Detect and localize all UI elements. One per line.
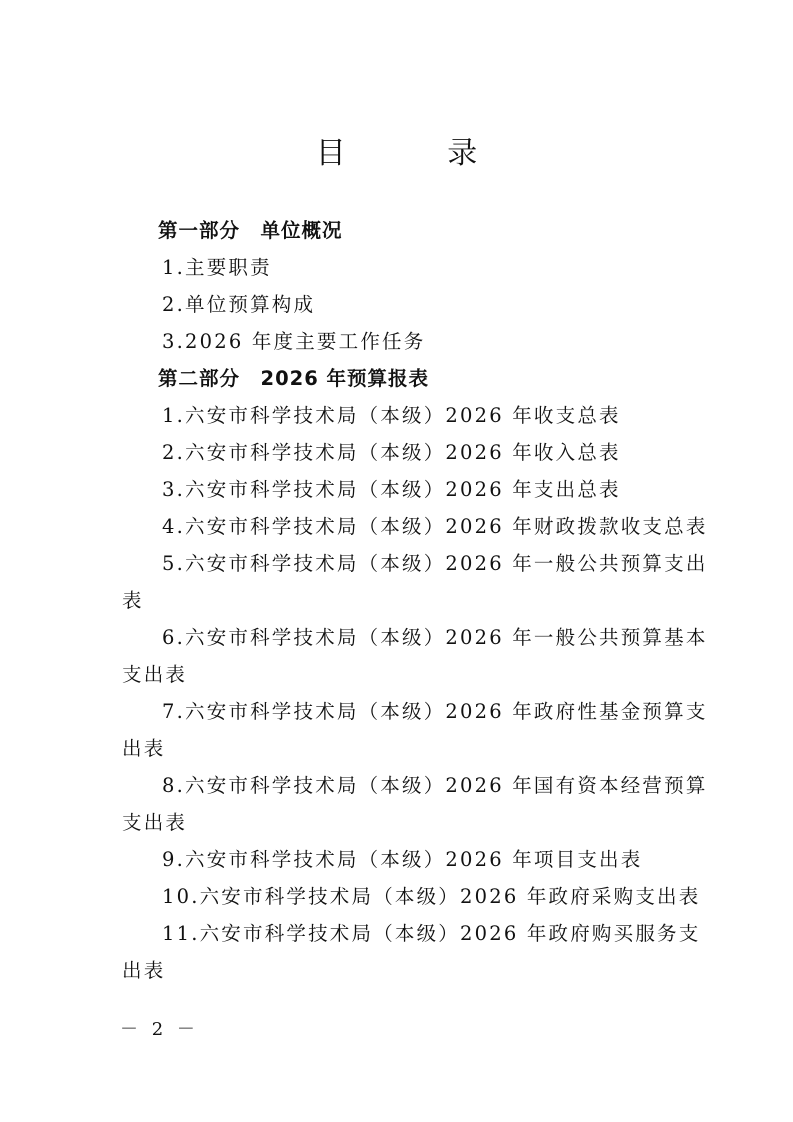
toc-item: 10.六安市科学技术局（本级）2026 年政府采购支出表 (122, 878, 722, 915)
toc-title: 目 录 (0, 128, 793, 172)
toc-item: 3.六安市科学技术局（本级）2026 年支出总表 (122, 471, 722, 508)
toc-item: 6.六安市科学技术局（本级）2026 年一般公共预算基本 (122, 619, 722, 656)
toc-item: 1.六安市科学技术局（本级）2026 年收支总表 (122, 397, 722, 434)
toc-item: 9.六安市科学技术局（本级）2026 年项目支出表 (122, 841, 722, 878)
part2-heading: 第二部分 2026 年预算报表 (122, 360, 718, 397)
toc-item-continuation: 表 (122, 582, 682, 619)
toc-item: 5.六安市科学技术局（本级）2026 年一般公共预算支出 (122, 545, 722, 582)
toc-item: 7.六安市科学技术局（本级）2026 年政府性基金预算支 (122, 693, 722, 730)
toc-item-continuation: 出表 (122, 730, 682, 767)
toc-item: 4.六安市科学技术局（本级）2026 年财政拨款收支总表 (122, 508, 722, 545)
toc-item: 1.主要职责 (122, 249, 722, 286)
toc-item: 2.单位预算构成 (122, 286, 722, 323)
toc-item: 3.2026 年度主要工作任务 (122, 323, 722, 360)
toc-item-continuation: 支出表 (122, 656, 682, 693)
toc-item-continuation: 支出表 (122, 804, 682, 841)
part1-heading: 第一部分 单位概况 (122, 212, 718, 249)
toc-item: 11.六安市科学技术局（本级）2026 年政府购买服务支 (122, 915, 722, 952)
toc-item: 8.六安市科学技术局（本级）2026 年国有资本经营预算 (122, 767, 722, 804)
toc-item: 2.六安市科学技术局（本级）2026 年收入总表 (122, 434, 722, 471)
page-number: － 2 － (120, 1015, 199, 1041)
toc-item-continuation: 出表 (122, 952, 682, 989)
